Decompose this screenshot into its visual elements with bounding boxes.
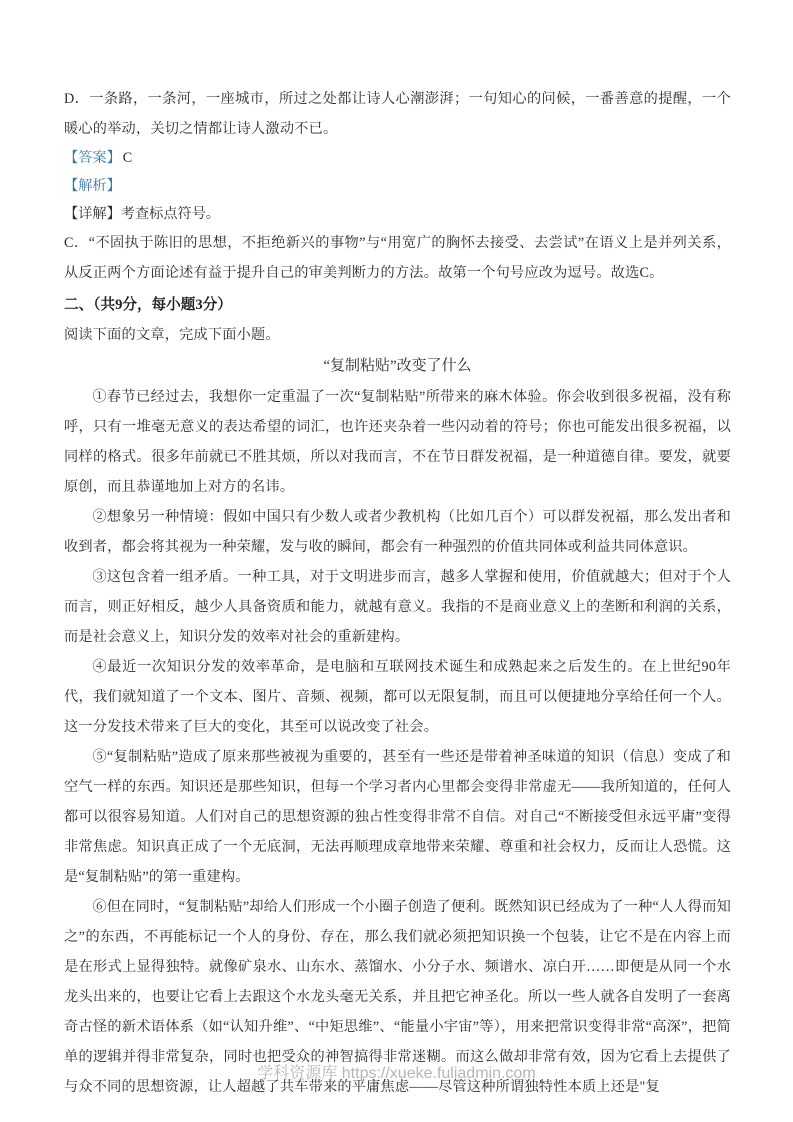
article-body: ①春节已经过去，我想你一定重温了一次“复制粘贴”所带来的麻木体验。你会收到很多祝… — [64, 382, 731, 1102]
article-paragraph: ③这包含着一组矛盾。一种工具，对于文明进步而言，越多人掌握和使用，价值就越大；但… — [64, 562, 731, 652]
analysis-line: 【解析】 — [64, 172, 731, 200]
document-page: D．一条路，一条河，一座城市，所过之处都让诗人心潮澎湃；一句知心的问候，一番善意… — [0, 0, 793, 1122]
article-title: “复制粘贴”改变了什么 — [64, 350, 731, 382]
explanation-text: C．“不固执于陈旧的思想，不拒绝新兴的事物”与“用宽广的胸怀去接受、去尝试”在语… — [64, 228, 731, 288]
reading-instruction: 阅读下面的文章，完成下面小题。 — [64, 320, 731, 350]
document-content: D．一条路，一条河，一座城市，所过之处都让诗人心潮澎湃；一句知心的问候，一番善意… — [64, 84, 731, 1102]
article-paragraph: ⑤“复制粘贴”造成了原来那些被视为重要的，甚至有一些还是带着神圣味道的知识（信息… — [64, 742, 731, 892]
answer-line: 【答案】C — [64, 144, 731, 172]
analysis-label: 【解析】 — [64, 178, 121, 194]
section-heading: 二、（共9分，每小题3分） — [64, 290, 731, 320]
detail-label: 【详解】 — [64, 206, 121, 222]
article-paragraph: ②想象另一种情境：假如中国只有少数人或者少教机构（比如几百个）可以群发祝福，那么… — [64, 502, 731, 562]
detail-text: 考查标点符号。 — [121, 206, 220, 222]
article-paragraph: ①春节已经过去，我想你一定重温了一次“复制粘贴”所带来的麻木体验。你会收到很多祝… — [64, 382, 731, 502]
answer-value: C — [121, 150, 132, 166]
footer-text: 学科资源库 https://xueke.fuliadmin.com — [257, 1065, 535, 1082]
footer-watermark: 学科资源库 https://xueke.fuliadmin.com — [0, 1062, 793, 1086]
option-d-text: D．一条路，一条河，一座城市，所过之处都让诗人心潮澎湃；一句知心的问候，一番善意… — [64, 84, 731, 144]
detail-line: 【详解】考查标点符号。 — [64, 200, 731, 228]
article-paragraph: ④最近一次知识分发的效率革命，是电脑和互联网技术诞生和成熟起来之后发生的。在上世… — [64, 652, 731, 742]
answer-label: 【答案】 — [64, 150, 121, 166]
